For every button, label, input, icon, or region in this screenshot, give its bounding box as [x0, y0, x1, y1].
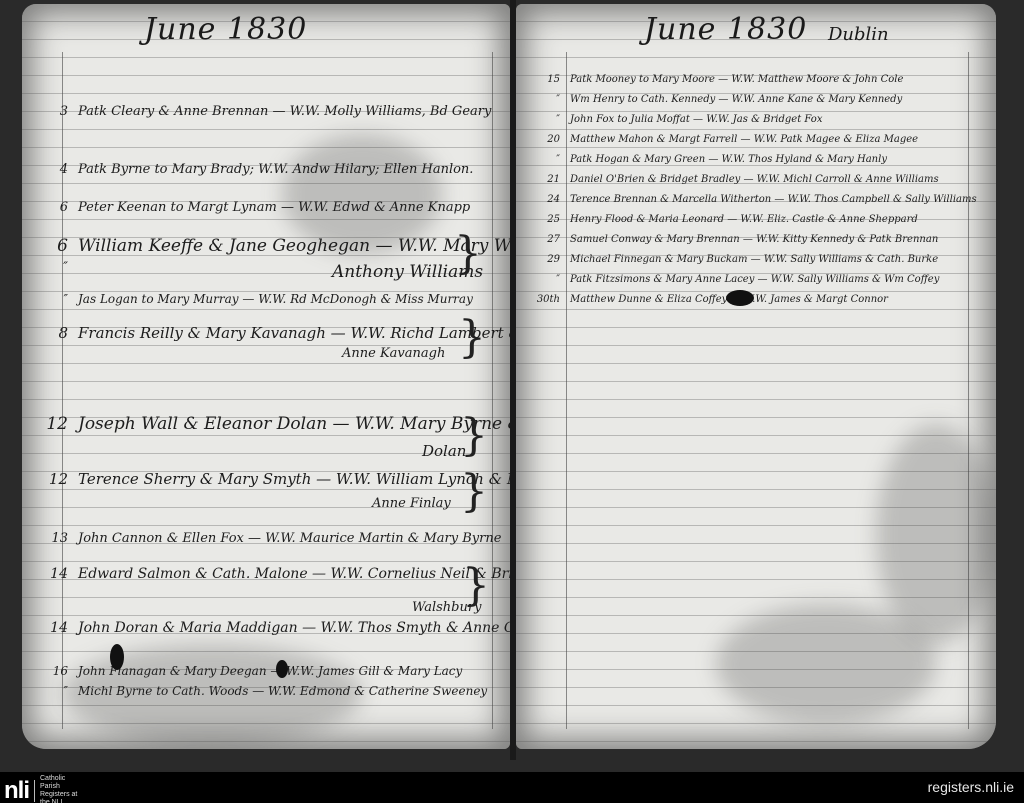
entry-day: 14 [42, 620, 68, 636]
entry-text: Edward Salmon & Cath. Malone — W.W. Corn… [78, 566, 510, 582]
page-heading: June 1830 [144, 12, 307, 47]
entry-day: ″ [42, 292, 68, 306]
register-entry: 21Daniel O'Brien & Bridget Bradley — W.W… [534, 174, 939, 185]
register-entry: 14Edward Salmon & Cath. Malone — W.W. Co… [42, 566, 510, 582]
entry-text: Patk Mooney to Mary Moore — W.W. Matthew… [570, 74, 903, 85]
entry-text: Michl Byrne to Cath. Woods — W.W. Edmond… [78, 684, 487, 698]
register-entry: 12Joseph Wall & Eleanor Dolan — W.W. Mar… [42, 414, 510, 434]
entry-day: 8 [42, 324, 68, 342]
entry-continuation: Anne Kavanagh [342, 346, 445, 361]
entry-day: 24 [534, 194, 560, 205]
register-entry: ″John Fox to Julia Moffat — W.W. Jas & B… [534, 114, 822, 125]
entry-day: 29 [534, 254, 560, 265]
entry-day: ″ [534, 274, 560, 285]
register-entry: 20Matthew Mahon & Margt Farrell — W.W. P… [534, 134, 918, 145]
brace: } [462, 564, 490, 608]
register-entry: 4Patk Byrne to Mary Brady; W.W. Andw Hil… [42, 162, 473, 177]
document-viewer: June 1830 3Patk Cleary & Anne Brennan — … [0, 0, 1024, 772]
entry-day: 13 [42, 531, 68, 546]
entry-text: Patk Cleary & Anne Brennan — W.W. Molly … [78, 104, 491, 119]
entry-text: Terence Sherry & Mary Smyth — W.W. Willi… [78, 470, 510, 488]
logo-divider [34, 780, 35, 802]
entry-day: ″ [42, 684, 68, 698]
entry-day: 25 [534, 214, 560, 225]
register-entry: 24Terence Brennan & Marcella Witherton —… [534, 194, 977, 205]
register-entry: ″ [42, 260, 78, 275]
entry-text: Francis Reilly & Mary Kavanagh — W.W. Ri… [78, 324, 510, 342]
register-entry: 12Terence Sherry & Mary Smyth — W.W. Wil… [42, 470, 510, 488]
register-entry: 29Michael Finnegan & Mary Buckam — W.W. … [534, 254, 938, 265]
entry-text: Patk Hogan & Mary Green — W.W. Thos Hyla… [570, 154, 887, 165]
entry-day: ″ [534, 114, 560, 125]
ink-blot [110, 644, 124, 670]
entry-text: Matthew Mahon & Margt Farrell — W.W. Pat… [570, 134, 918, 145]
page-heading: June 1830 [644, 12, 807, 47]
place-name: Dublin [828, 24, 889, 45]
ink-blot [726, 290, 754, 306]
entry-text: Henry Flood & Maria Leonard — W.W. Eliz.… [570, 214, 918, 225]
register-entry: 6William Keeffe & Jane Geoghegan — W.W. … [42, 236, 510, 256]
register-entry: ″Michl Byrne to Cath. Woods — W.W. Edmon… [42, 684, 487, 698]
entry-day: 12 [42, 470, 68, 488]
entry-day: 6 [42, 236, 68, 256]
footer-bar: nli Catholic Parish Registers at the NLI… [0, 772, 1024, 803]
nli-logo-mark: nli [4, 779, 29, 803]
register-entry: 6Peter Keenan to Margt Lynam — W.W. Edwd… [42, 200, 470, 215]
entry-day: 4 [42, 162, 68, 177]
entry-day: 3 [42, 104, 68, 119]
entry-day: ″ [534, 94, 560, 105]
register-entry: 16John Flanagan & Mary Deegan — W.W. Jam… [42, 664, 462, 678]
left-page: June 1830 3Patk Cleary & Anne Brennan — … [22, 4, 510, 749]
register-entry: 25Henry Flood & Maria Leonard — W.W. Eli… [534, 214, 918, 225]
brace: } [460, 470, 488, 514]
nli-logo[interactable]: nli Catholic Parish Registers at the NLI [4, 775, 86, 803]
logo-caption: Catholic Parish Registers at the NLI [40, 775, 86, 803]
entry-continuation: Anne Finlay [372, 496, 451, 511]
entry-day: ″ [42, 260, 68, 275]
entry-day: 15 [534, 74, 560, 85]
entry-day: 6 [42, 200, 68, 215]
entry-text: John Doran & Maria Maddigan — W.W. Thos … [78, 620, 510, 636]
entry-text: Patk Fitzsimons & Mary Anne Lacey — W.W.… [570, 274, 939, 285]
entry-text: Samuel Conway & Mary Brennan — W.W. Kitt… [570, 234, 938, 245]
entry-text: William Keeffe & Jane Geoghegan — W.W. M… [78, 236, 510, 256]
brace: } [460, 414, 488, 458]
register-entry: ″Patk Hogan & Mary Green — W.W. Thos Hyl… [534, 154, 887, 165]
entry-text: Peter Keenan to Margt Lynam — W.W. Edwd … [78, 200, 470, 215]
margin-line [968, 52, 969, 729]
register-entry: 8Francis Reilly & Mary Kavanagh — W.W. R… [42, 324, 510, 342]
entry-day: 16 [42, 664, 68, 678]
entry-text: Daniel O'Brien & Bridget Bradley — W.W. … [570, 174, 939, 185]
entry-text: John Flanagan & Mary Deegan — W.W. James… [78, 664, 462, 678]
entry-text: John Fox to Julia Moffat — W.W. Jas & Br… [570, 114, 822, 125]
entry-text: Jas Logan to Mary Murray — W.W. Rd McDon… [78, 292, 473, 306]
entry-day: 27 [534, 234, 560, 245]
register-entry: ″Wm Henry to Cath. Kennedy — W.W. Anne K… [534, 94, 902, 105]
register-entry: 14John Doran & Maria Maddigan — W.W. Tho… [42, 620, 510, 636]
entry-day: 30th [534, 294, 560, 305]
stain [716, 604, 936, 724]
register-entry: ″Jas Logan to Mary Murray — W.W. Rd McDo… [42, 292, 473, 306]
entry-text: Terence Brennan & Marcella Witherton — W… [570, 194, 977, 205]
stain [876, 424, 996, 644]
site-url-link[interactable]: registers.nli.ie [928, 779, 1014, 795]
entry-text: Michael Finnegan & Mary Buckam — W.W. Sa… [570, 254, 938, 265]
entry-text: John Cannon & Ellen Fox — W.W. Maurice M… [78, 531, 501, 546]
entry-day: ″ [534, 154, 560, 165]
brace: } [454, 232, 482, 276]
entry-day: 14 [42, 566, 68, 582]
right-page: June 1830 Dublin 15Patk Mooney to Mary M… [516, 4, 996, 749]
entry-text: Wm Henry to Cath. Kennedy — W.W. Anne Ka… [570, 94, 902, 105]
entry-day: 21 [534, 174, 560, 185]
ink-blot [276, 660, 288, 678]
entry-text: Joseph Wall & Eleanor Dolan — W.W. Mary … [78, 414, 510, 434]
register-entry: 27Samuel Conway & Mary Brennan — W.W. Ki… [534, 234, 938, 245]
register-entry: 30thMatthew Dunne & Eliza Coffey — W.W. … [534, 294, 888, 305]
entry-day: 12 [42, 414, 68, 434]
register-entry: ″Patk Fitzsimons & Mary Anne Lacey — W.W… [534, 274, 939, 285]
brace: } [458, 316, 486, 360]
register-entry: 13John Cannon & Ellen Fox — W.W. Maurice… [42, 531, 501, 546]
register-entry: 15Patk Mooney to Mary Moore — W.W. Matth… [534, 74, 903, 85]
entry-day: 20 [534, 134, 560, 145]
entry-text: Patk Byrne to Mary Brady; W.W. Andw Hila… [78, 162, 473, 177]
register-entry: 3Patk Cleary & Anne Brennan — W.W. Molly… [42, 104, 491, 119]
